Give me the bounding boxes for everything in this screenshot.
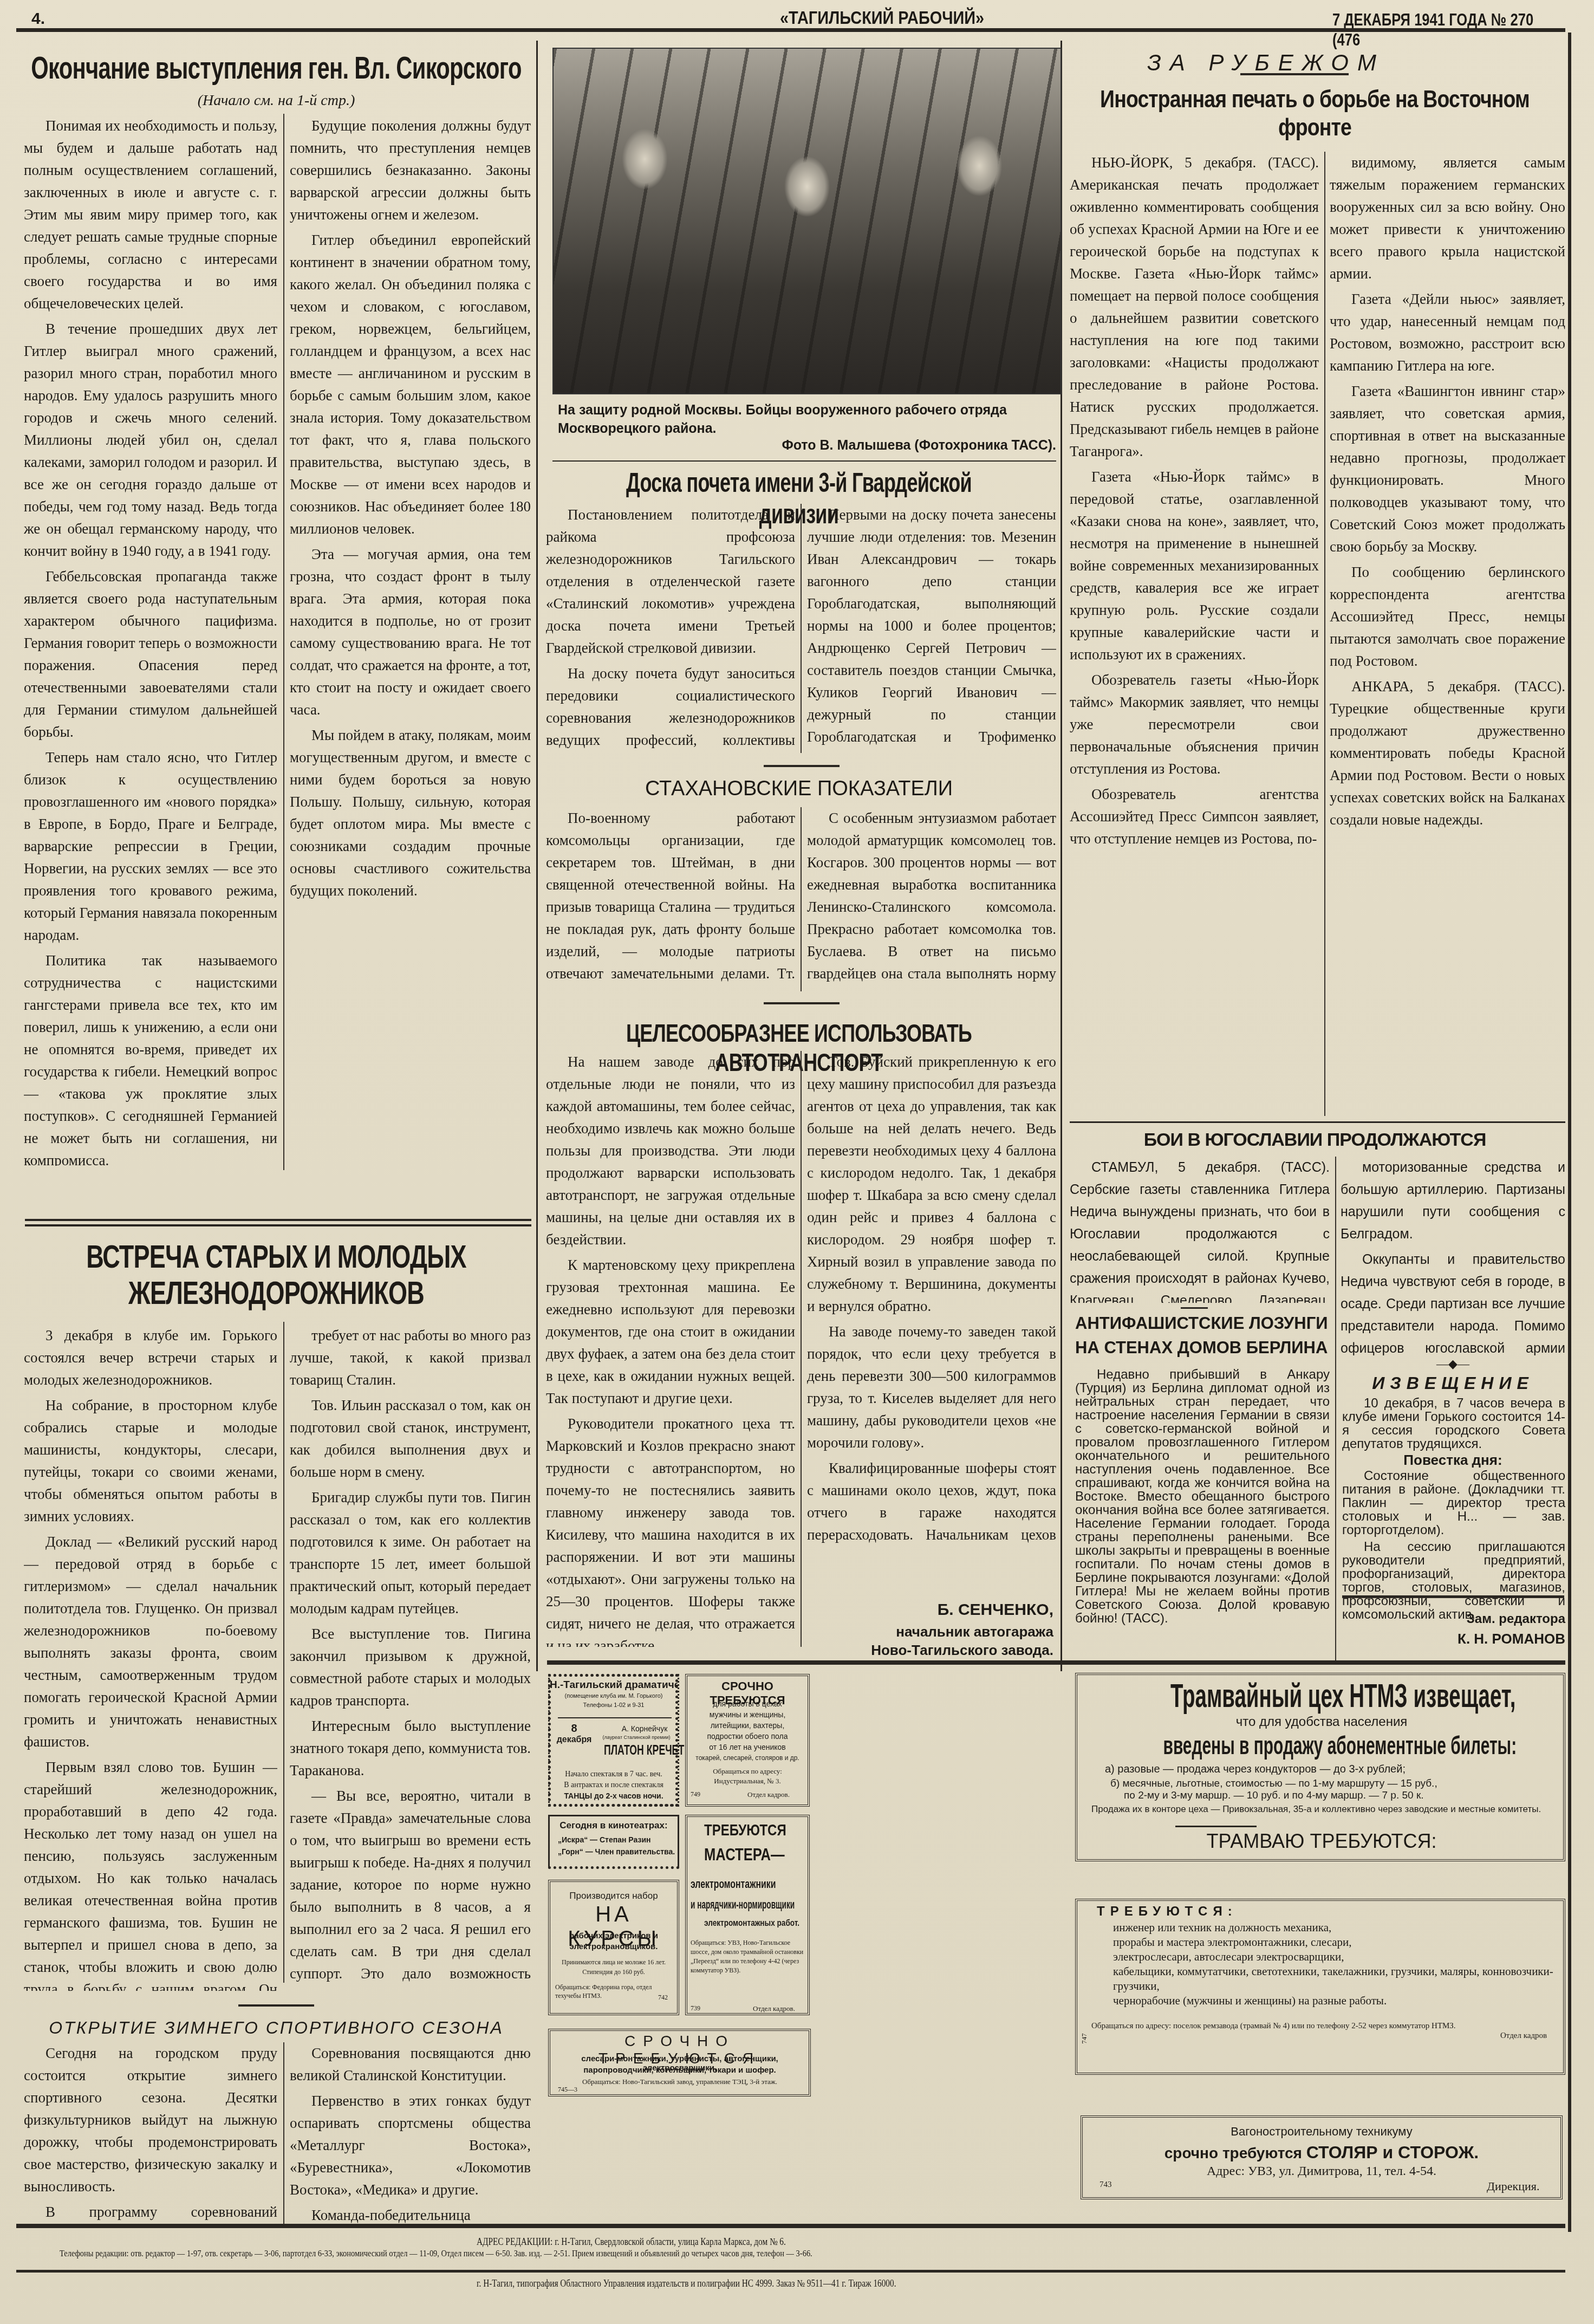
required-address: Обращаться по адресу: поселок ремзавода …	[1091, 2021, 1508, 2031]
paragraph: Газета «Нью-Йорк таймс» в передовой стат…	[1070, 466, 1319, 666]
meeting-headline-2: ЖЕЛЕЗНОДОРОЖНИКОВ	[86, 1274, 467, 1312]
masters-code: 739	[691, 2004, 700, 2013]
paragraph: Эта — могучая армия, она тем грозна, что…	[290, 543, 531, 721]
notice-title: ИЗВЕЩЕНИЕ	[1341, 1373, 1565, 1393]
sikorski-column-2: Будущие поколения должны будут помнить, …	[290, 115, 531, 1166]
tram-subtitle: что для удобства населения	[1078, 1715, 1565, 1730]
diamond-separator: —◆—	[1341, 1357, 1565, 1371]
paragraph: Газета «Вашингтон ивнинг стар» заявляет,…	[1330, 380, 1565, 558]
masters-title-1: ТРЕБУЮТСЯ	[704, 1821, 786, 1840]
berlin-body: Недавно прибывший в Анкару (Турция) из Б…	[1075, 1368, 1330, 1660]
theatre-start: Начало спектакля в 7 час. веч.	[550, 1770, 678, 1779]
paragraph: Постановлением политотдела и райкома про…	[546, 504, 795, 659]
theatre-venue: (помещение клуба им. М. Горького)	[550, 1693, 678, 1699]
abroad-column-2: видимому, является самым тяжелым поражен…	[1330, 152, 1565, 1116]
courses-terms-2: Стипендия до 160 руб.	[550, 1968, 678, 1976]
cinema-venue: „Искра“	[558, 1835, 588, 1844]
author-signature: Б. СЕНЧЕНКО,	[807, 1601, 1053, 1619]
tram-item-a: а) разовые — продажа через кондукторов —…	[1105, 1763, 1560, 1776]
theatre-phones: Телефоны 1-02 и 9-31	[550, 1702, 678, 1709]
paragraph: Бригадир службы пути тов. Пигин рассказа…	[290, 1486, 531, 1620]
section-rule	[25, 1219, 531, 1221]
newspaper-name: «ТАГИЛЬСКИЙ РАБОЧИЙ»	[780, 8, 984, 29]
notice-body: 10 декабря, в 7 часов вечера в клубе име…	[1342, 1397, 1565, 1454]
cinema-row: „Горн“ — Член правительства.	[558, 1847, 677, 1856]
short-rule	[764, 765, 840, 767]
theatre-dance: ТАНЦЫ до 2-х часов ночи.	[550, 1791, 678, 1800]
tram-headline: введены в продажу абонементные билеты:	[1163, 1731, 1480, 1760]
tram-item-b1: б) месячные, льготные, стоимостью — по 1…	[1110, 1778, 1565, 1790]
urgent1-lines: для работы в цехах мужчины и женщины, ли…	[687, 1698, 808, 1763]
printing-info: г. Н-Тагил, типография Областного Управл…	[477, 2278, 896, 2289]
sport-headline: ОТКРЫТИЕ ЗИМНЕГО СПОРТИВНОГО СЕЗОНА	[22, 2018, 531, 2038]
berlin-headline-2: НА СТЕНАХ ДОМОВ БЕРЛИНА	[1075, 1338, 1330, 1358]
column-divider	[1324, 152, 1325, 1116]
rubric-underline	[1240, 73, 1349, 75]
cinema-title: Сегодня в кинотеатрах:	[550, 1820, 678, 1831]
paragraph: моторизованные средства и большую артилл…	[1341, 1157, 1565, 1245]
urgent1-address-label: Обращаться по адресу:	[687, 1767, 808, 1776]
paragraph: На заводе почему-то заведен такой порядо…	[807, 1321, 1056, 1454]
paragraph: требует от нас работы во много раз лучше…	[290, 1325, 531, 1391]
paragraph: Оккупанты и правительство Недича чувству…	[1341, 1249, 1565, 1362]
urgent2-code: 745—3	[558, 2086, 577, 2094]
paragraph: Соревнования посвящаются дню великой Ста…	[290, 2042, 531, 2087]
autotransport-column-2: Тов. Буйский прикрепленную к его цеху ма…	[807, 1051, 1056, 1549]
technikum-line2: срочно требуются СТОЛЯР и СТОРОЖ.	[1083, 2143, 1560, 2163]
required-lines: инженер или техник на должность механика…	[1113, 1920, 1563, 2008]
cinema-film: Член правительства.	[595, 1847, 675, 1856]
paragraph: Тов. Буйский прикрепленную к его цеху ма…	[807, 1051, 1056, 1317]
editorial-address: АДРЕС РЕДАКЦИИ: г. Н-Тагил, Свердловской…	[477, 2236, 786, 2248]
urgent1-dept: Отдел кадров.	[747, 1790, 790, 1799]
paragraph: Будущие поколения должны будут помнить, …	[290, 115, 531, 226]
notice-agenda: Состояние общественного питания в районе…	[1342, 1469, 1565, 1625]
paragraph: На доску почета будут заноситься передов…	[546, 663, 795, 753]
paragraph: По сообщению берлинского корреспондента …	[1330, 561, 1565, 672]
urgent1-code: 749	[691, 1790, 700, 1799]
urgent1-line: токарей, слесарей, столяров и др.	[687, 1752, 808, 1763]
required-line: электрослесари, автослесари электросварщ…	[1113, 1950, 1563, 1964]
masters-title-2: МАСТЕРА—	[704, 1845, 785, 1865]
required-dept: Отдел кадров	[1500, 2031, 1547, 2041]
yugoslavia-column-1: СТАМБУЛ, 5 декабря. (ТАСС). Сербские газ…	[1070, 1157, 1330, 1303]
tram-title: Трамвайный цех НТМЗ извещает,	[1170, 1677, 1473, 1715]
paragraph: Доклад — «Великий русский народ — передо…	[24, 1531, 277, 1753]
paragraph: Первыми на доску почета занесены лучшие …	[807, 504, 1056, 753]
cinema-film: Степан Разин	[600, 1835, 650, 1844]
autotransport-column-1: На нашем заводе до сих пор отдельные люд…	[546, 1051, 795, 1647]
masters-dept: Отдел кадров.	[753, 2004, 795, 2013]
paragraph: Теперь нам стало ясно, что Гитлер близок…	[24, 746, 277, 946]
sikorski-headline: Окончание выступления ген. Вл. Сикорског…	[23, 50, 530, 86]
theatre-month: декабря	[552, 1735, 596, 1745]
urgent1-line: литейщики, вахтеры,	[687, 1720, 808, 1731]
stakhanov-headline: СТАХАНОВСКИЕ ПОКАЗАТЕЛИ	[542, 777, 1056, 801]
sport-column-2: Соревнования посвящаются дню великой Ста…	[290, 2042, 531, 2226]
paragraph: В программу соревнований включена мужска…	[24, 2201, 277, 2226]
column-divider	[801, 504, 802, 753]
berlin-headline-1: АНТИФАШИСТСКИЕ ЛОЗУНГИ	[1075, 1314, 1330, 1333]
short-rule	[1181, 1307, 1208, 1309]
column-divider	[536, 41, 538, 1671]
paragraph: Недавно прибывший в Анкару (Турция) из Б…	[1075, 1368, 1330, 1625]
short-rule	[764, 1002, 840, 1004]
paragraph: Интересным было выступление знатного ток…	[290, 1715, 531, 1782]
meeting-column-1: 3 декабря в клубе им. Горького состоялся…	[24, 1325, 277, 1991]
column-divider	[801, 1051, 802, 1647]
honor-board-column-2: Первыми на доску почета занесены лучшие …	[807, 504, 1056, 753]
paragraph: Понимая их необходимость и пользу, мы бу…	[24, 115, 277, 315]
theatre-laureate: (лауреат Сталинской премии)	[596, 1735, 677, 1740]
ads-separator	[547, 1660, 1565, 1665]
sport-column-1: Сегодня на городском пруду состоится отк…	[24, 2042, 277, 2226]
section-rule	[552, 460, 1056, 462]
notice-agenda-label: Повестка дня:	[1341, 1452, 1565, 1469]
technikum-line1: Вагоностроительному техникуму	[1083, 2125, 1560, 2139]
paragraph: видимому, является самым тяжелым поражен…	[1330, 152, 1565, 285]
tram-item-b2: по 2-му и 3-му маршр. — 10 руб. и по 4-м…	[1124, 1790, 1563, 1802]
paragraph: 3 декабря в клубе им. Горького состоялся…	[24, 1325, 277, 1391]
meeting-column-2: требует от нас работы во много раз лучше…	[290, 1325, 531, 1991]
photo-credit: Фото В. Малышева (Фотохроника ТАСС).	[753, 438, 1056, 453]
paragraph: Мы пойдем в атаку, полякам, моим могущес…	[290, 724, 531, 902]
paragraph: Политика так называемого сотрудничества …	[24, 950, 277, 1166]
paragraph: На сессию приглашаются руководители пред…	[1342, 1540, 1565, 1621]
required-code: 747	[1080, 2033, 1089, 2044]
courses-line1: Производится набор	[550, 1891, 678, 1901]
paragraph: Тов. Ильин рассказал о том, как он подго…	[290, 1394, 531, 1483]
theatre-intervals: В антрактах и после спектакля	[550, 1781, 678, 1790]
masters-address: Обращаться: УВЗ, Ново-Тагильское шоссе, …	[691, 1938, 805, 1975]
urgent1-line: подростки обоего пола	[687, 1731, 808, 1742]
tram-sale: Продажа их в конторе цеха — Привокзальна…	[1091, 1804, 1557, 1815]
column-divider	[801, 807, 802, 991]
paragraph: СТАМБУЛ, 5 декабря. (ТАСС). Сербские газ…	[1070, 1157, 1330, 1303]
masters-line3: электромонтажных работ.	[704, 1918, 799, 1929]
paragraph: На нашем заводе до сих пор отдельные люд…	[546, 1051, 795, 1251]
urgent1-line: от 16 лет на учеников	[687, 1742, 808, 1752]
paragraph: Все выступление тов. Пигина закончил при…	[290, 1623, 531, 1712]
urgent1-line: мужчины и женщины,	[687, 1709, 808, 1720]
section-rule	[1070, 1121, 1565, 1123]
technikum-address: Адрес: УВЗ, ул. Димитрова, 11, тел. 4-54…	[1083, 2164, 1560, 2179]
tram-rule	[1175, 1826, 1257, 1827]
theatre-author: А. Корнейчук	[612, 1724, 677, 1733]
cinema-row: „Искра“ — Степан Разин	[558, 1835, 677, 1844]
honor-board-column-1: Постановлением политотдела и райкома про…	[546, 504, 795, 753]
theatre-name: Н.-Тагильский драматический театр	[550, 1679, 678, 1691]
yugoslavia-column-2: моторизованные средства и большую артилл…	[1341, 1157, 1565, 1362]
editorial-phones: Телефоны редакции: отв. редактор — 1-97,…	[60, 2248, 812, 2259]
paragraph: Геббельсовская пропаганда также является…	[24, 566, 277, 743]
paragraph: Команда-победительница соревнований буде…	[290, 2204, 531, 2226]
deputy-editor-label: Зам. редактора	[1397, 1612, 1565, 1627]
yugoslavia-headline: БОИ В ЮГОСЛАВИИ ПРОДОЛЖАЮТСЯ	[1062, 1129, 1568, 1151]
short-rule	[238, 2004, 314, 2007]
paragraph: Обозреватель газеты «Нью-Йорк таймс» Мак…	[1070, 669, 1319, 780]
paragraph: Гитлер объединил европейский континент в…	[290, 229, 531, 540]
technikum-signature: Дирекция.	[1487, 2179, 1539, 2193]
author-role: начальник автогаража Ново-Тагильского за…	[867, 1622, 1053, 1659]
paragraph: С особенным энтузиазмом работает молодой…	[807, 807, 1056, 986]
paragraph: Обозреватель агентства Ассошиэйтед Пресс…	[1070, 783, 1319, 850]
paragraph: В течение прошедших двух лет Гитлер выиг…	[24, 318, 277, 562]
paragraph: По-военному работают комсомольцы организ…	[546, 807, 795, 986]
urgent2-address: Обращаться: Ново-Тагильский завод, управ…	[550, 2078, 810, 2086]
deputy-editor-name: К. Н. РОМАНОВ	[1387, 1631, 1565, 1647]
paragraph: Состояние общественного питания в районе…	[1342, 1469, 1565, 1537]
required-line: чернорабочие (мужчины и женщины) на разн…	[1113, 1994, 1563, 2008]
sikorski-subtitle: (Начало см. на 1-й стр.)	[22, 92, 531, 109]
paragraph: Квалифицированные шоферы стоят с машинам…	[807, 1457, 1056, 1549]
abroad-rubric: ЗА РУБЕЖОМ	[1013, 50, 1519, 76]
paragraph: Газета «Дейли ньюс» заявляет, что удар, …	[1330, 288, 1565, 377]
paragraph: На собрание, в просторном клубе собралис…	[24, 1394, 277, 1528]
required-line: прорабы и мастера электромонтажники, сле…	[1113, 1935, 1563, 1950]
paragraph: 10 декабря, в 7 часов вечера в клубе име…	[1342, 1397, 1565, 1451]
technikum-positions: СТОЛЯР и СТОРОЖ.	[1306, 2143, 1479, 2162]
required-line: кабельщики, коммутатчики, светотехники, …	[1113, 1964, 1563, 1994]
column-divider	[283, 114, 284, 1170]
page-edge	[1568, 33, 1571, 2232]
masters-line1: электромонтажники	[691, 1877, 776, 1891]
abroad-column-1: НЬЮ-ЙОРК, 5 декабря. (ТАСС). Американска…	[1070, 152, 1319, 1116]
paragraph: К мартеновскому цеху прикреплена грузова…	[546, 1254, 795, 1410]
courses-terms-1: Принимаются лица не моложе 16 лет.	[550, 1958, 678, 1966]
tram-need-title-visible: ТРАМВАЮ ТРЕБУЮТСЯ:	[1078, 1830, 1565, 1853]
courses-code: 742	[658, 1994, 668, 2002]
column-divider	[283, 1322, 284, 1983]
stakhanov-column-2: С особенным энтузиазмом работает молодой…	[807, 807, 1056, 986]
column-divider	[1335, 1157, 1336, 1660]
section-rule	[25, 1224, 531, 1226]
column-divider	[283, 2042, 284, 2226]
required-line: инженер или техник на должность механика…	[1113, 1920, 1563, 1935]
stakhanov-column-1: По-военному работают комсомольцы организ…	[546, 807, 795, 986]
paragraph: Сегодня на городском пруду состоится отк…	[24, 2042, 277, 2198]
paragraph: — Вы все, вероятно, читали в газете «Пра…	[290, 1785, 531, 1991]
required-title: ТРЕБУЮТСЯ:	[1097, 1904, 1238, 1919]
masthead-rule	[16, 28, 1565, 32]
courses-address: Обращаться: Федорина гора, отдел техучеб…	[555, 1983, 658, 2000]
paragraph: Первенство в этих гонках будут оспариват…	[290, 2090, 531, 2201]
abroad-headline: Иностранная печать о борьбе на Восточном…	[1099, 86, 1530, 142]
paragraph: АНКАРА, 5 декабря. (ТАСС). Турецкие обще…	[1330, 676, 1565, 831]
footer-rule	[16, 2224, 1565, 2228]
technikum-code: 743	[1099, 2180, 1112, 2190]
masters-line2: и нарядчики-нормировщики	[691, 1898, 795, 1912]
technikum-urgent: срочно требуются	[1164, 2145, 1302, 2161]
footer-rule-2	[16, 2270, 1565, 2273]
meeting-headline-1: ВСТРЕЧА СТАРЫХ И МОЛОДЫХ	[86, 1238, 467, 1275]
courses-line4-visible: электрокрановщиков.	[550, 1942, 678, 1951]
theatre-day: 8	[552, 1723, 596, 1735]
theatre-rule	[558, 1717, 672, 1718]
cinema-venue: „Горн“	[558, 1847, 583, 1856]
page-number: 4.	[31, 10, 45, 28]
sikorski-column-1: Понимая их необходимость и пользу, мы бу…	[24, 115, 277, 1166]
photo-armed-workers	[552, 48, 1062, 394]
urgent2-line2: паропроводчики, котельщики, токари и шоф…	[550, 2066, 810, 2075]
courses-line3: рабочих электриков и	[550, 1931, 678, 1940]
photo-caption: На защиту родной Москвы. Бойцы вооруженн…	[558, 401, 1056, 438]
section-rule	[1342, 1595, 1564, 1598]
urgent1-line: для работы в цехах	[687, 1698, 808, 1709]
urgent1-address: Индустриальная, № 3.	[687, 1777, 808, 1786]
paragraph: Первым взял слово тов. Бушин — старейший…	[24, 1756, 277, 1991]
theatre-play-title: ПЛАТОН КРЕЧЕТ	[604, 1742, 655, 1758]
paragraph: НЬЮ-ЙОРК, 5 декабря. (ТАСС). Американска…	[1070, 152, 1319, 463]
paragraph: Руководители прокатного цеха тт. Марковс…	[546, 1413, 795, 1647]
